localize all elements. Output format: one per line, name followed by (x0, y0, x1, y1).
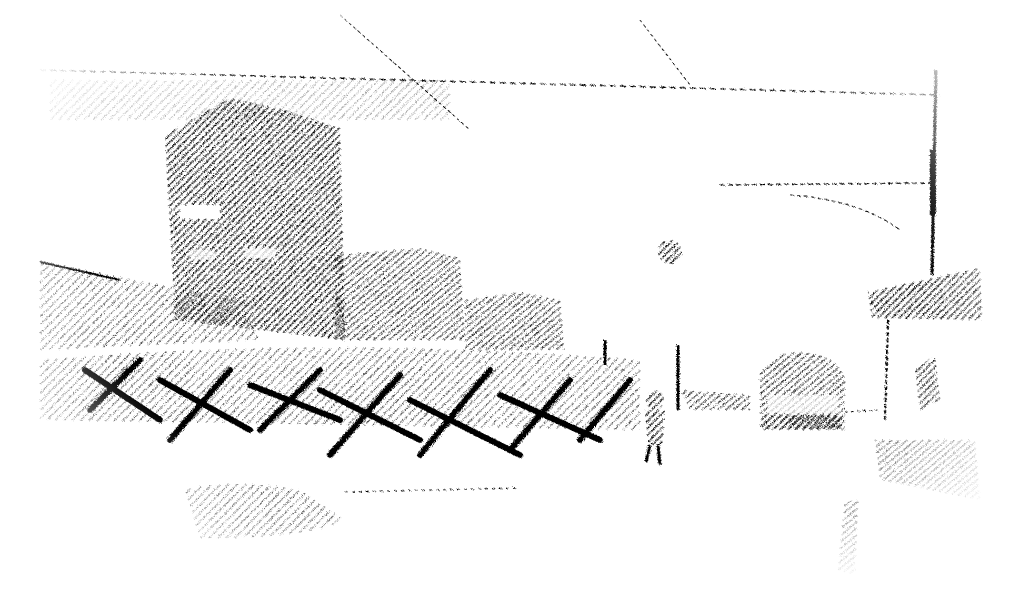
van (760, 352, 845, 430)
sketch-canvas (0, 0, 1024, 590)
roadside-kiosk (868, 268, 982, 500)
utility-pole (932, 70, 936, 275)
tank-trap-barriers (40, 348, 640, 456)
roadside-shrubs (680, 390, 750, 410)
pedestrian (645, 390, 665, 465)
sun-disc (658, 240, 682, 264)
bollard (838, 500, 858, 575)
snow-mound (185, 484, 520, 538)
sketch-scene: Street scene in winter: tall dark buildi… (0, 0, 1024, 590)
